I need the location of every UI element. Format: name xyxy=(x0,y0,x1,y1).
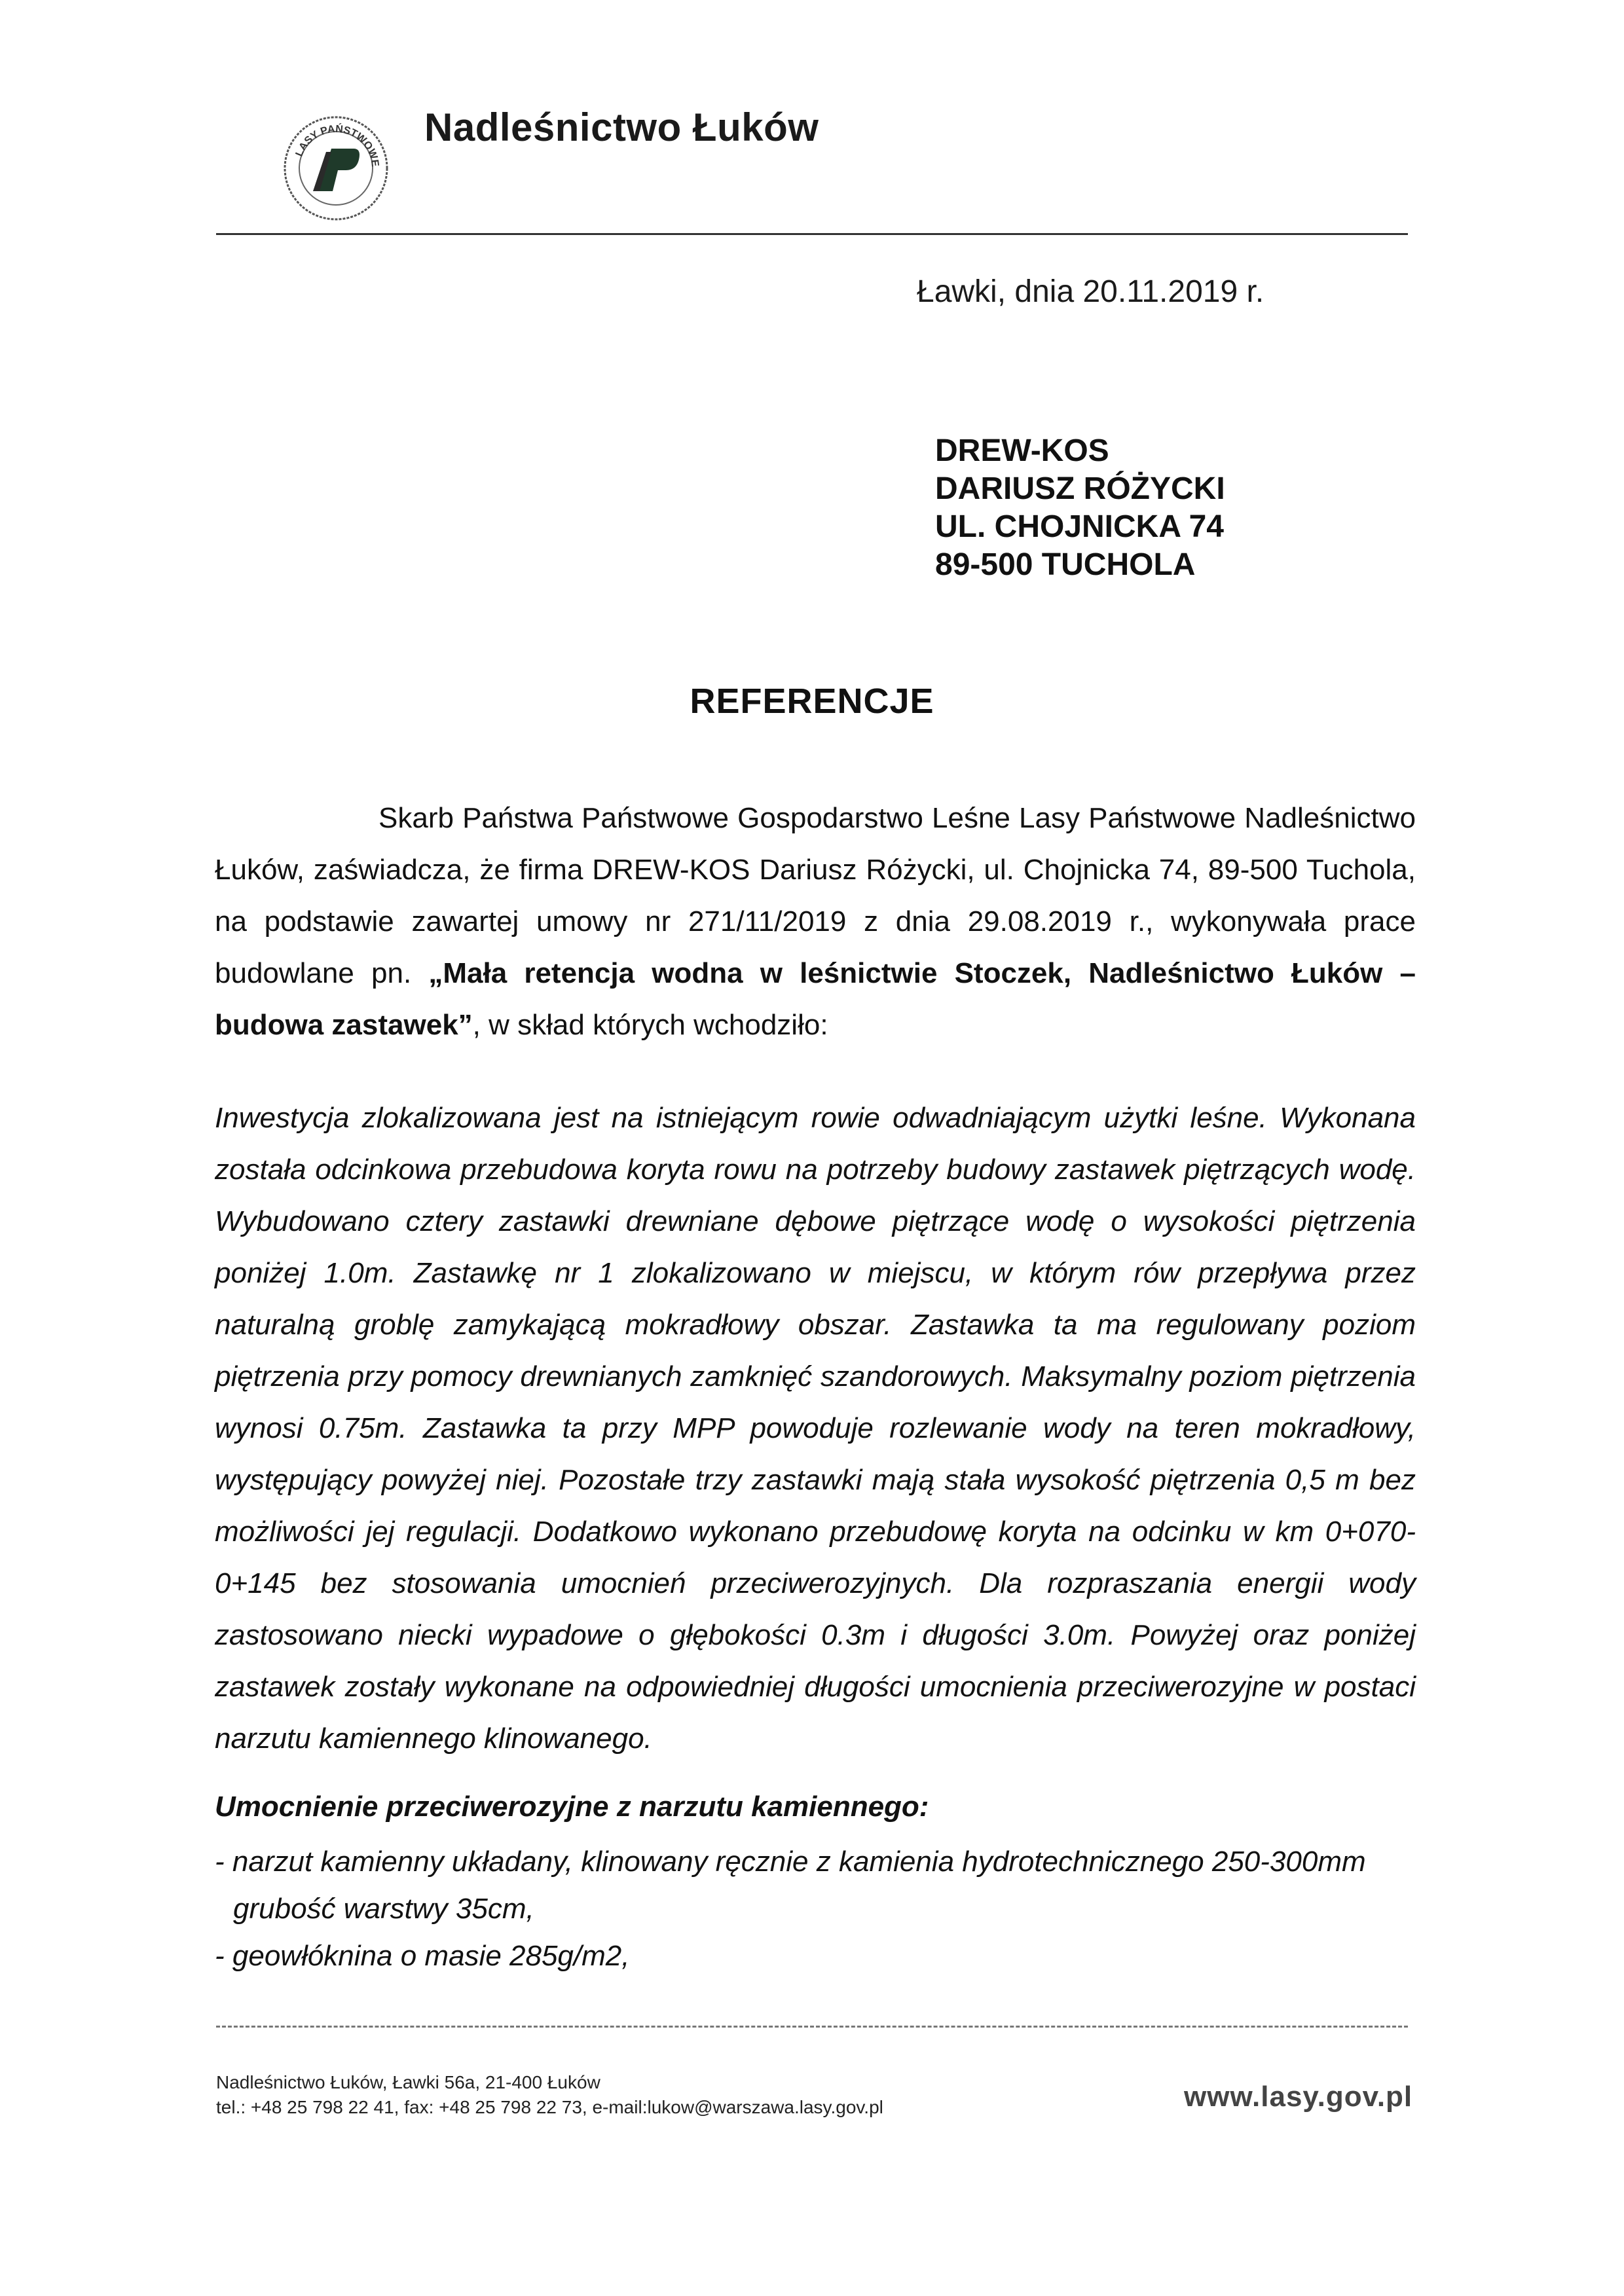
recipient-line: DREW-KOS xyxy=(935,432,1225,470)
section-heading: Umocnienie przeciwerozyjne z narzutu kam… xyxy=(215,1791,929,1823)
recipient-line: 89-500 TUCHOLA xyxy=(935,546,1225,584)
recipient-address: DREW-KOS DARIUSZ RÓŻYCKI UL. CHOJNICKA 7… xyxy=(935,432,1225,584)
recipient-line: UL. CHOJNICKA 74 xyxy=(935,508,1225,546)
list-item-continuation: grubość warstwy 35cm, xyxy=(215,1886,1366,1933)
lasy-panstwowe-logo-icon: LASY PAŃSTWOWE xyxy=(280,113,392,224)
list-item: - geowłóknina o masie 285g/m2, xyxy=(215,1933,1366,1980)
recipient-line: DARIUSZ RÓŻYCKI xyxy=(935,470,1225,508)
document-title: REFERENCJE xyxy=(0,681,1624,721)
header-divider xyxy=(216,233,1408,235)
list-item: - narzut kamienny układany, klinowany rę… xyxy=(215,1838,1366,1886)
intro-text-end: , w skład których wchodziło: xyxy=(473,1009,828,1041)
footer-divider xyxy=(216,2026,1408,2028)
footer-contact-line: tel.: +48 25 798 22 41, fax: +48 25 798 … xyxy=(216,2095,883,2120)
date-line: Ławki, dnia 20.11.2019 r. xyxy=(917,274,1264,310)
website-link[interactable]: www.lasy.gov.pl xyxy=(1184,2081,1412,2113)
footer-address: Nadleśnictwo Łuków, Ławki 56a, 21-400 Łu… xyxy=(216,2070,883,2120)
organization-name: Nadleśnictwo Łuków xyxy=(424,105,819,150)
footer-address-line: Nadleśnictwo Łuków, Ławki 56a, 21-400 Łu… xyxy=(216,2070,883,2095)
intro-paragraph: Skarb Państwa Państwowe Gospodarstwo Leś… xyxy=(215,792,1416,1051)
description-paragraph: Inwestycja zlokalizowana jest na istniej… xyxy=(215,1092,1416,1764)
materials-list: - narzut kamienny układany, klinowany rę… xyxy=(215,1838,1366,1980)
